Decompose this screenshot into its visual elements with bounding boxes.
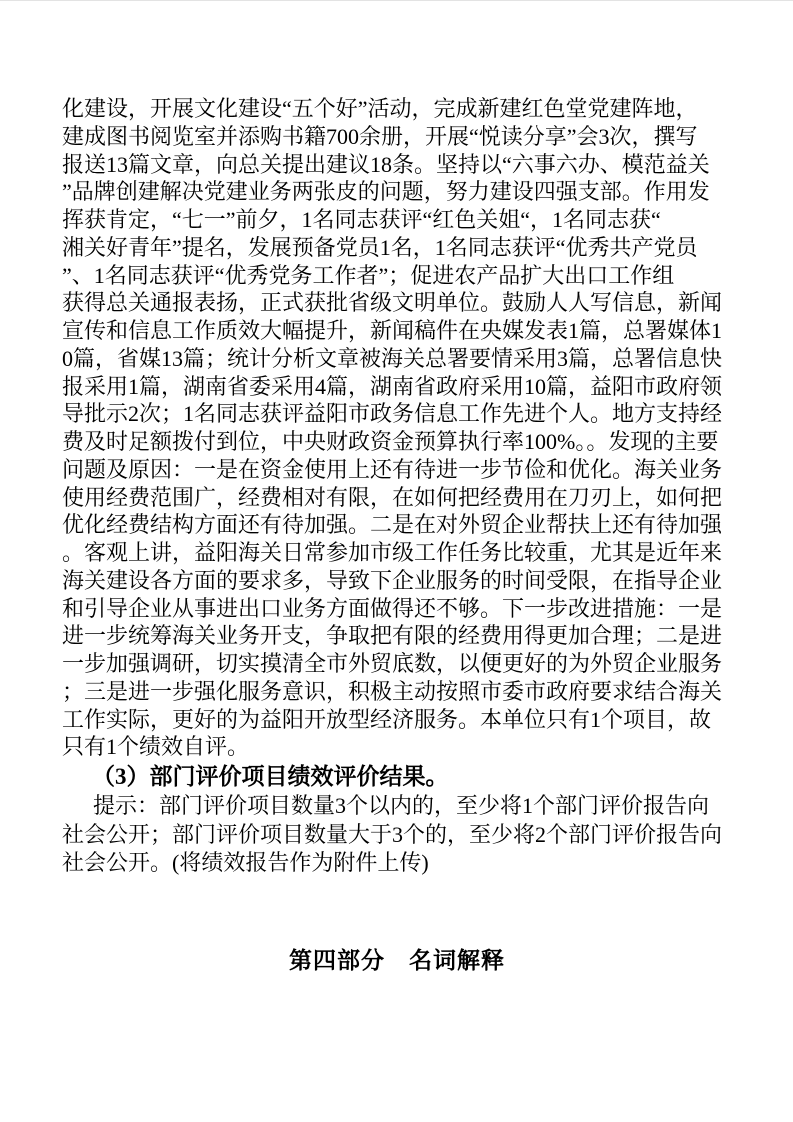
body-text-line: 报采用1篇，湖南省委采用4篇，湖南省政府采用10篇，益阳市政府领 xyxy=(62,373,732,401)
body-text-line: 海关建设各方面的要求多，导致下企业服务的时间受限，在指导企业 xyxy=(62,567,732,595)
tip-text-line: 社会公开；部门评价项目数量大于3个的，至少将2个部门评价报告向 xyxy=(62,821,732,850)
body-text-line: 报送13篇文章，向总关提出建议18条。坚持以“六事六办、模范益关 xyxy=(62,151,732,179)
body-text-line: 宣传和信息工作质效大幅提升，新闻稿件在央媒发表1篇，总署媒体1 xyxy=(62,317,732,345)
body-text-line: ”品牌创建解决党建业务两张皮的问题，努力建设四强支部。作用发 xyxy=(62,178,732,206)
body-text-line: 湘关好青年”提名，发展预备党员1名，1名同志获评“优秀共产党员 xyxy=(62,234,732,262)
body-text-line: 0篇，省媒13篇；统计分析文章被海关总署要情采用3篇，总署信息快 xyxy=(62,345,732,373)
body-text-line: 和引导企业从事进出口业务方面做得还不够。下一步改进措施：一是 xyxy=(62,595,732,623)
body-text-line: 挥获肯定，“七一”前夕，1名同志获评“红色关姐“，1名同志获“ xyxy=(62,206,732,234)
body-text-line: 化建设，开展文化建设“五个好”活动，完成新建红色堂党建阵地， xyxy=(62,95,732,123)
document-page: 化建设，开展文化建设“五个好”活动，完成新建红色堂党建阵地， 建成图书阅览室并添… xyxy=(0,0,793,1122)
heading-dept-evaluation-result: （3）部门评价项目绩效评价结果。 xyxy=(62,761,732,792)
body-text-line: ”、1名同志获评“优秀党务工作者”；促进农产品扩大出口工作组 xyxy=(62,262,732,290)
body-text-line: 导批示2次；1名同志获评益阳市政务信息工作先进个人。地方支持经 xyxy=(62,400,732,428)
body-text-line: 费及时足额拨付到位，中央财政资金预算执行率100%。。发现的主要 xyxy=(62,428,732,456)
body-text-line: 问题及原因：一是在资金使用上还有待进一步节俭和优化。海关业务 xyxy=(62,456,732,484)
body-text-line: 一步加强调研，切实摸清全市外贸底数，以便更好的为外贸企业服务 xyxy=(62,650,732,678)
body-text-line: 使用经费范围广，经费相对有限，在如何把经费用在刀刃上，如何把 xyxy=(62,484,732,512)
body-text-line: 建成图书阅览室并添购书籍700余册，开展“悦读分享”会3次，撰写 xyxy=(62,123,732,151)
document-content: 化建设，开展文化建设“五个好”活动，完成新建红色堂党建阵地， 建成图书阅览室并添… xyxy=(62,95,732,976)
body-text-line: 优化经费结构方面还有待加强。二是在对外贸企业帮扶上还有待加强 xyxy=(62,511,732,539)
body-text-line: 。客观上讲，益阳海关日常参加市级工作任务比较重，尤其是近年来 xyxy=(62,539,732,567)
tip-text-line: 提示：部门评价项目数量3个以内的，至少将1个部门评价报告向 xyxy=(62,792,732,821)
body-text-line: 获得总关通报表扬，正式获批省级文明单位。鼓励人人写信息，新闻 xyxy=(62,289,732,317)
section-title-part-four: 第四部分 名词解释 xyxy=(62,946,732,976)
body-text-line: ；三是进一步强化服务意识，积极主动按照市委市政府要求结合海关 xyxy=(62,678,732,706)
body-text-line: 只有1个绩效自评。 xyxy=(62,733,732,761)
body-text-line: 工作实际，更好的为益阳开放型经济服务。本单位只有1个项目，故 xyxy=(62,706,732,734)
body-text-line: 进一步统筹海关业务开支，争取把有限的经费用得更加合理；二是进 xyxy=(62,622,732,650)
tip-paragraph: 提示：部门评价项目数量3个以内的，至少将1个部门评价报告向 社会公开；部门评价项… xyxy=(62,792,732,878)
report-paragraph: 化建设，开展文化建设“五个好”活动，完成新建红色堂党建阵地， 建成图书阅览室并添… xyxy=(62,95,732,761)
tip-text-line: 社会公开。(将绩效报告作为附件上传) xyxy=(62,849,732,878)
